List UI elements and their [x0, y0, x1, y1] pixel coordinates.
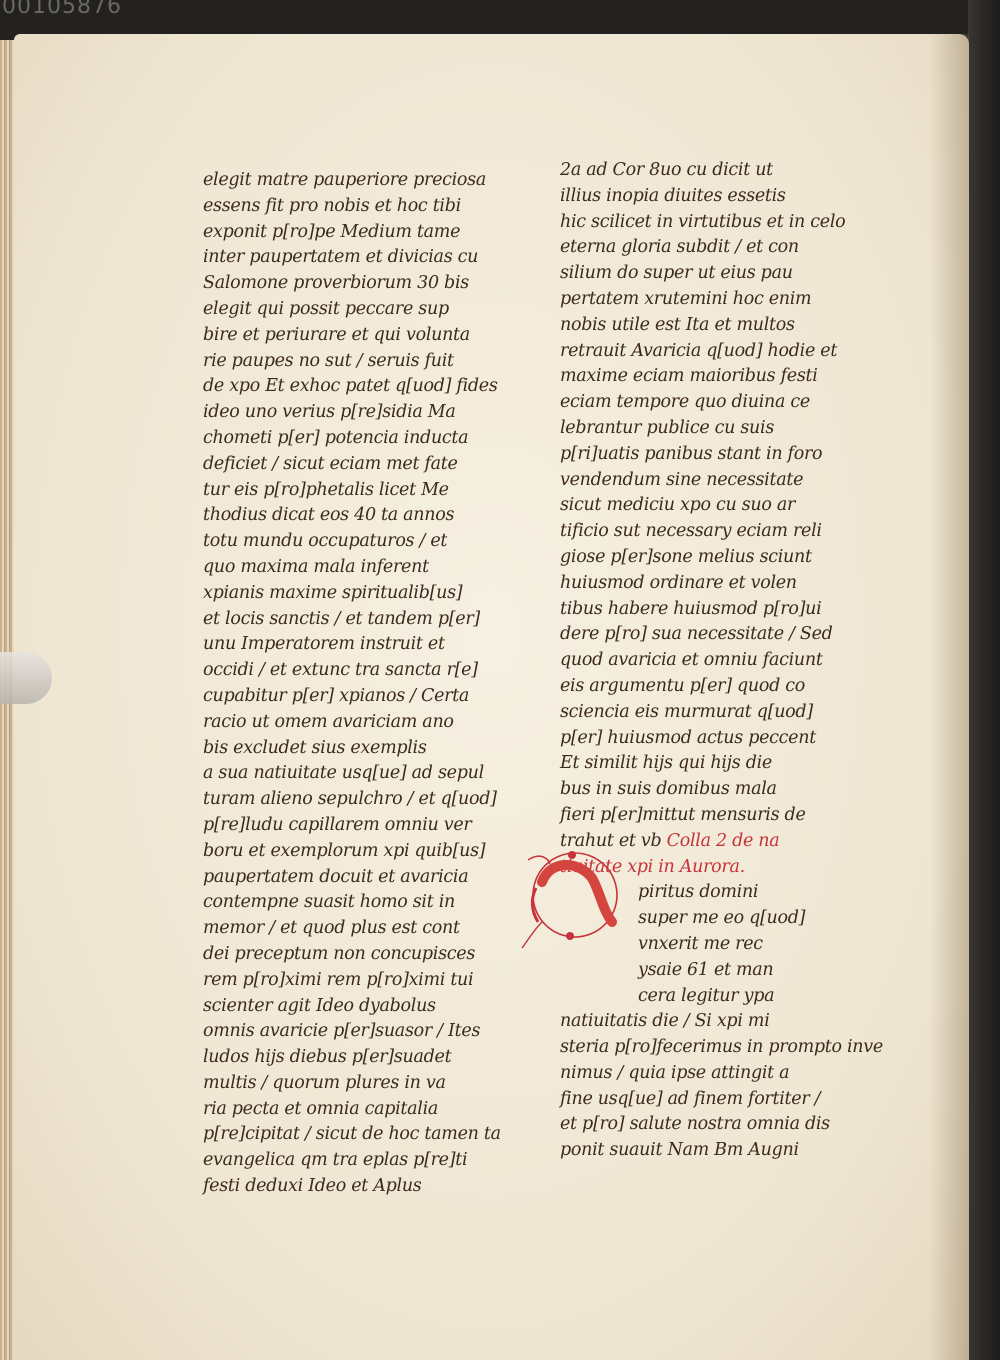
text-line: fine usq[ue] ad finem fortiter / [560, 1087, 860, 1113]
text-line: 2a ad Cor 8uo cu dicit ut [560, 158, 860, 184]
text-line: giose p[er]sone melius sciunt [560, 545, 860, 571]
text-line: silium do super ut eius pau [560, 261, 860, 287]
text-line: p[er] huiusmod actus peccent [560, 726, 860, 752]
text-line: chometi p[er] potencia inducta [203, 426, 513, 452]
text-line: lebrantur publice cu suis [560, 416, 860, 442]
text-line: illius inopia diuites essetis [560, 184, 860, 210]
text-line: quo maxima mala inferent [203, 555, 513, 581]
text-line: rem p[ro]ximi rem p[ro]ximi tui [203, 968, 513, 994]
text-line: vendendum sine necessitate [560, 468, 860, 494]
text-line: festi deduxi Ideo et Aplus [203, 1174, 513, 1200]
text-line: eterna gloria subdit / et con [560, 235, 860, 261]
text-line: cupabitur p[er] xpianos / Certa [203, 684, 513, 710]
text-line: de xpo Et exhoc patet q[uod] fides [203, 374, 513, 400]
left-text-column: elegit matre pauperiore preciosa essens … [203, 168, 513, 1200]
decorated-initial-s-icon [520, 830, 620, 950]
text-line: occidi / et extunc tra sancta r[e] [203, 658, 513, 684]
text-line: retrauit Avaricia q[uod] hodie et [560, 339, 860, 365]
text-line: scienter agit Ideo dyabolus [203, 994, 513, 1020]
text-line: nobis utile est Ita et multos [560, 313, 860, 339]
text-line: tibus habere huiusmod p[ro]ui [560, 597, 860, 623]
text-line: tur eis p[ro]phetalis licet Me [203, 478, 513, 504]
text-line: boru et exemplorum xpi quib[us] [203, 839, 513, 865]
text-line: p[ri]uatis panibus stant in foro [560, 442, 860, 468]
text-line: ideo uno verius p[re]sidia Ma [203, 400, 513, 426]
text-line: bus in suis domibus mala [560, 777, 860, 803]
text-line: ria pecta et omnia capitalia [203, 1097, 513, 1123]
book-edge [968, 0, 1000, 1360]
text-line: quod avaricia et omniu faciunt [560, 648, 860, 674]
text-line: eciam tempore quo diuina ce [560, 390, 860, 416]
text-line: fieri p[er]mittut mensuris de [560, 803, 860, 829]
text-line: eis argumentu p[er] quod co [560, 674, 860, 700]
text-line: turam alieno sepulchro / et q[uod] [203, 787, 513, 813]
text-line: elegit matre pauperiore preciosa [203, 168, 513, 194]
text-line: racio ut omem avariciam ano [203, 710, 513, 736]
text-line: rie paupes no sut / seruis fuit [203, 349, 513, 375]
text-line: et p[ro] salute nostra omnia dis [560, 1112, 860, 1138]
text-line: ysaie 61 et man [560, 958, 860, 984]
text-line: ponit suauit Nam Bm Augni [560, 1138, 860, 1164]
text-line: bis excludet sius exemplis [203, 736, 513, 762]
text-line: elegit qui possit peccare sup [203, 297, 513, 323]
text-line: thodius dicat eos 40 ta annos [203, 503, 513, 529]
catalog-id: 00105876 [2, 0, 122, 19]
text-line: contempne suasit homo sit in [203, 890, 513, 916]
text-line: p[re]ludu capillarem omniu ver [203, 813, 513, 839]
text-line: hic scilicet in virtutibus et in celo [560, 210, 860, 236]
bookmark-tab[interactable] [0, 652, 52, 704]
text-line: cera legitur ypa [560, 984, 860, 1010]
text-line: pertatem xrutemini hoc enim [560, 287, 860, 313]
text-line: omnis avaricie p[er]suasor / Ites [203, 1019, 513, 1045]
text-line: maxime eciam maioribus festi [560, 364, 860, 390]
text-line: evangelica qm tra eplas p[re]ti [203, 1148, 513, 1174]
text-line: essens fit pro nobis et hoc tibi [203, 194, 513, 220]
text-line: natiuitatis die / Si xpi mi [560, 1009, 860, 1035]
text-line: Et similit hijs qui hijs die [560, 751, 860, 777]
text-line: totu mundu occupaturos / et [203, 529, 513, 555]
text-line: et locis sanctis / et tandem p[er] [203, 607, 513, 633]
text-line: exponit p[ro]pe Medium tame [203, 220, 513, 246]
text-line: Salomone proverbiorum 30 bis [203, 271, 513, 297]
text-line: xpianis maxime spiritualib[us] [203, 581, 513, 607]
text-line: p[re]cipitat / sicut de hoc tamen ta [203, 1122, 513, 1148]
text-line: dere p[ro] sua necessitate / Sed [560, 622, 860, 648]
text-line: sicut mediciu xpo cu suo ar [560, 493, 860, 519]
text-line: a sua natiuitate usq[ue] ad sepul [203, 761, 513, 787]
text-line: unu Imperatorem instruit et [203, 632, 513, 658]
text-line: memor / et quod plus est cont [203, 916, 513, 942]
text-line: nimus / quia ipse attingit a [560, 1061, 860, 1087]
text-line: steria p[ro]fecerimus in prompto inve [560, 1035, 860, 1061]
text-line: deficiet / sicut eciam met fate [203, 452, 513, 478]
right-text-column: 2a ad Cor 8uo cu dicit ut illius inopia … [560, 158, 860, 1164]
text-line: dei preceptum non concupisces [203, 942, 513, 968]
text-line: bire et periurare et qui volunta [203, 323, 513, 349]
text-line: sciencia eis murmurat q[uod] [560, 700, 860, 726]
text-line: inter paupertatem et divicias cu [203, 245, 513, 271]
text-line: huiusmod ordinare et volen [560, 571, 860, 597]
text-line: multis / quorum plures in va [203, 1071, 513, 1097]
text-line: paupertatem docuit et avaricia [203, 865, 513, 891]
rubric-heading: Colla 2 de na [667, 831, 780, 851]
text-line: ludos hijs diebus p[er]suadet [203, 1045, 513, 1071]
text-line: tificio sut necessary eciam reli [560, 519, 860, 545]
page-gutter-shadow [929, 34, 969, 1360]
